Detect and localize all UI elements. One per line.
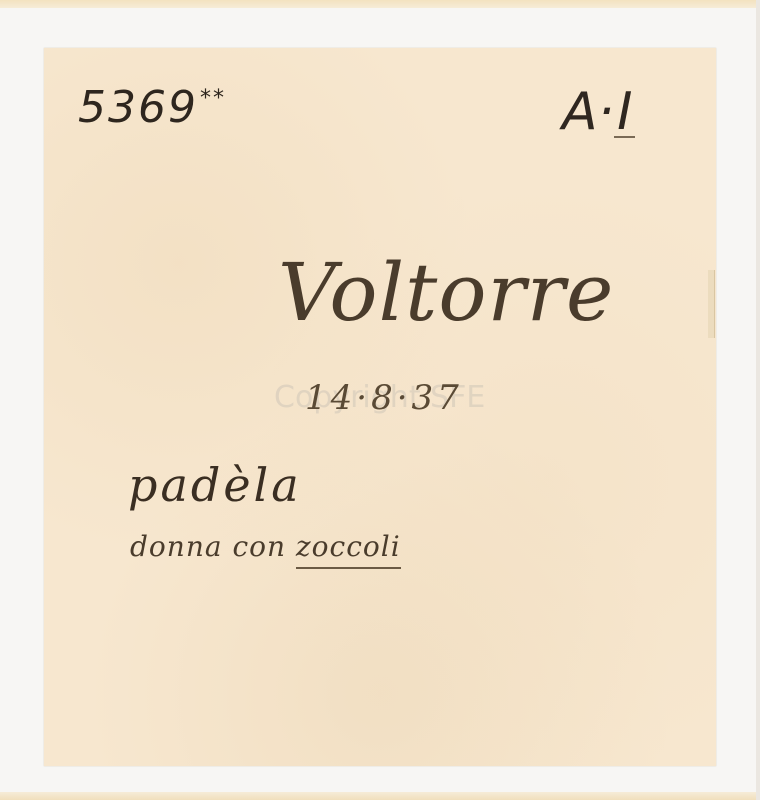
code-mark-roman: I xyxy=(614,89,635,138)
description-underlined-word: zoccoli xyxy=(296,530,401,569)
code-mark: A·I xyxy=(562,82,635,142)
mount-right-edge xyxy=(756,0,760,800)
catalog-number: 5369** xyxy=(78,82,226,133)
mount-bottom-edge xyxy=(0,792,760,800)
code-mark-letter: A xyxy=(562,82,598,142)
description-prefix: donna con xyxy=(130,530,286,563)
place-name: Voltorre xyxy=(278,246,614,339)
description: donna con zoccoli xyxy=(130,530,401,563)
mount-top-edge xyxy=(0,0,760,8)
catalog-number-value: 5369 xyxy=(78,82,198,133)
date: 14·8·37 xyxy=(305,378,463,418)
code-mark-separator: · xyxy=(598,82,615,142)
object-name: padèla xyxy=(128,458,302,512)
card-fold-edge xyxy=(708,270,715,338)
catalog-marks: ** xyxy=(200,86,226,111)
